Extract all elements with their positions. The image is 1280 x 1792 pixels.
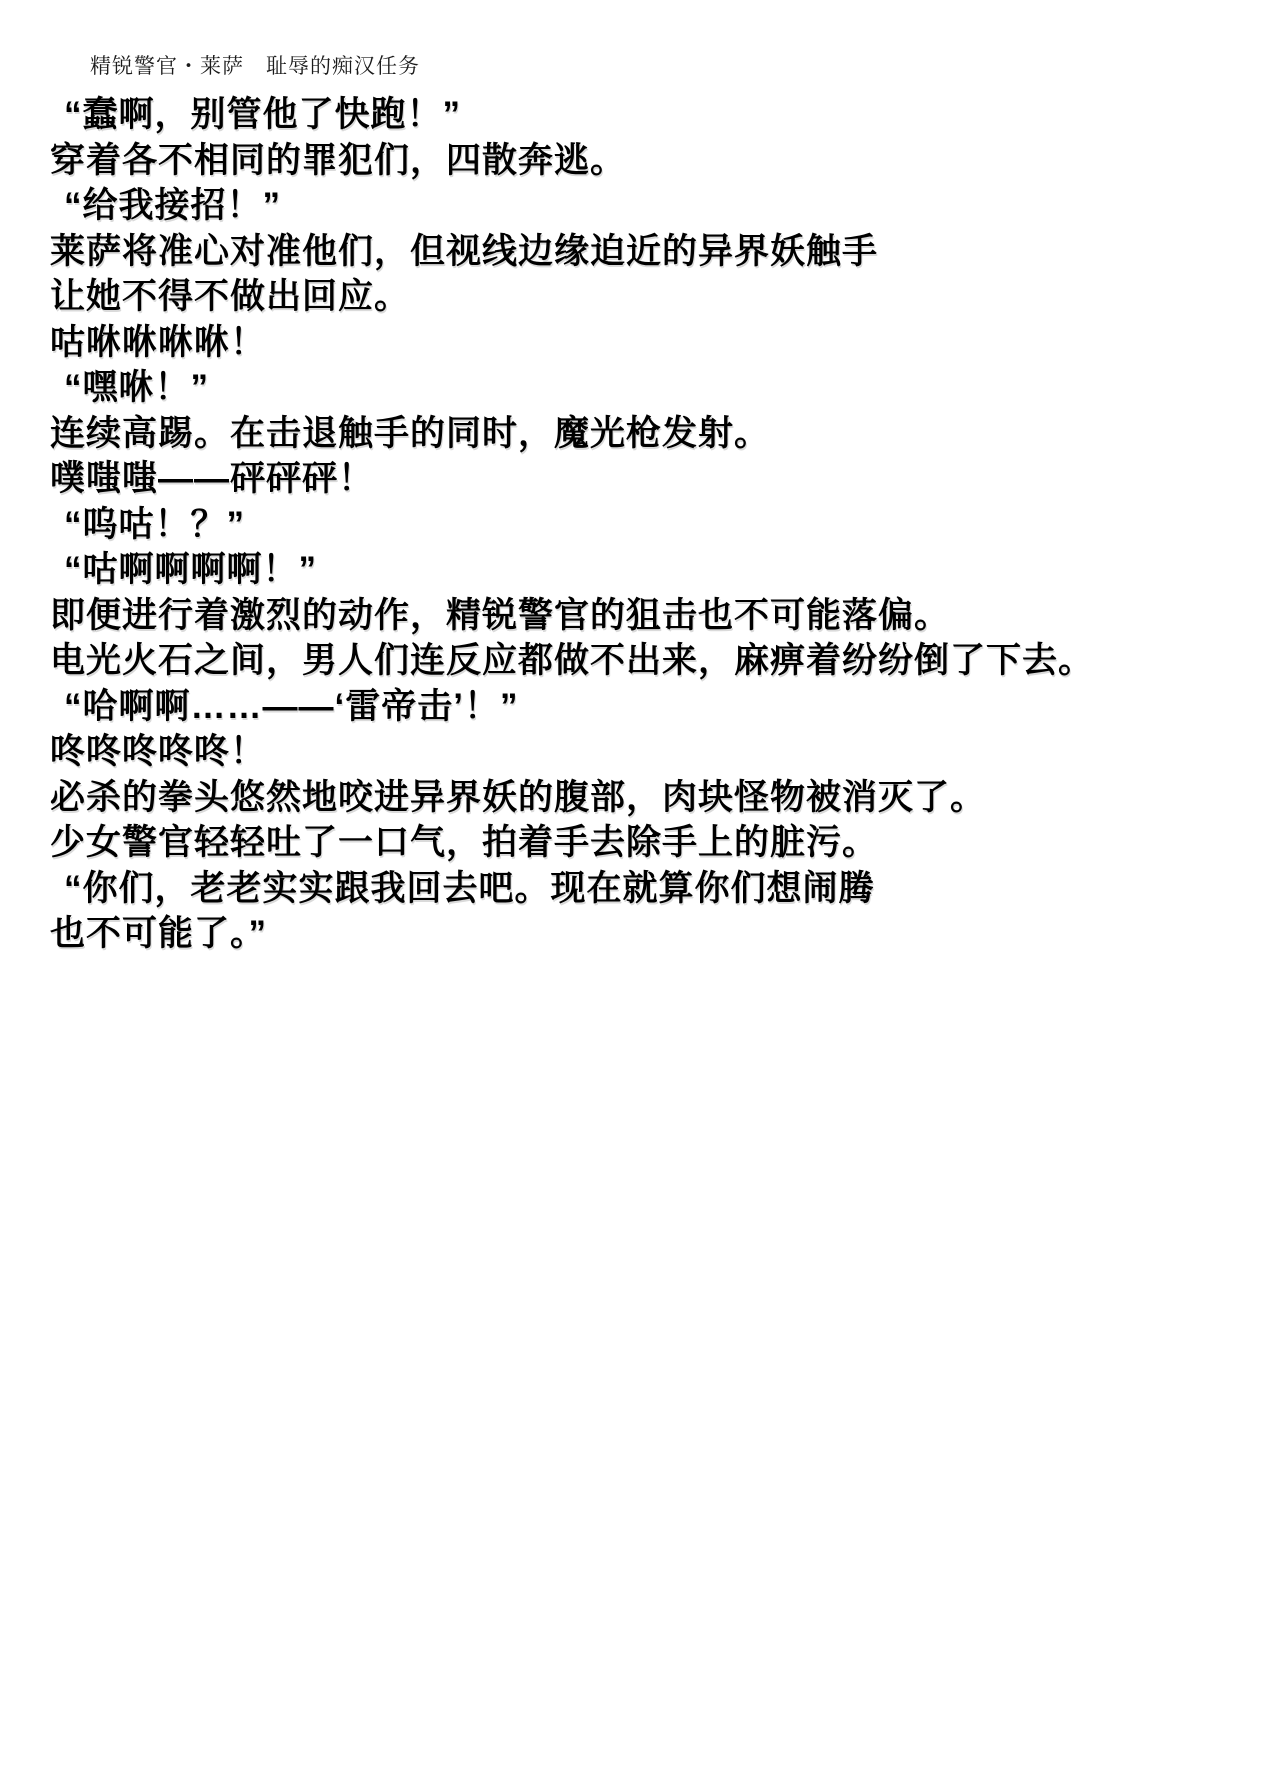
text-line: 咕咻咻咻咻！ xyxy=(50,320,1235,366)
text-line: 电光火石之间，男人们连反应都做不出来，麻痹着纷纷倒了下去。 xyxy=(50,638,1235,684)
text-line: 连续高踢。在击退触手的同时，魔光枪发射。 xyxy=(50,411,1235,457)
text-line: 让她不得不做出回应。 xyxy=(50,274,1235,320)
text-line: “给我接招！” xyxy=(50,183,1235,229)
text-line: 噗嗤嗤——砰砰砰！ xyxy=(50,456,1235,502)
text-line: “蠢啊，别管他了快跑！” xyxy=(50,92,1235,138)
text-line: 咚咚咚咚咚！ xyxy=(50,729,1235,775)
text-line: “哈啊啊……——‘雷帝击’！” xyxy=(50,684,1235,730)
text-line: “嘿咻！” xyxy=(50,365,1235,411)
text-line: 穿着各不相同的罪犯们，四散奔逃。 xyxy=(50,138,1235,184)
text-line: 少女警官轻轻吐了一口气，拍着手去除手上的脏污。 xyxy=(50,820,1235,866)
text-line: 即便进行着激烈的动作，精锐警官的狙击也不可能落偏。 xyxy=(50,593,1235,639)
page-header-title: 精锐警官・莱萨 耻辱的痴汉任务 xyxy=(90,50,420,80)
text-line: “咕啊啊啊啊！” xyxy=(50,547,1235,593)
text-line: 莱萨将准心对准他们，但视线边缘迫近的异界妖触手 xyxy=(50,229,1235,275)
body-text-block: “蠢啊，别管他了快跑！” 穿着各不相同的罪犯们，四散奔逃。 “给我接招！” 莱萨… xyxy=(50,92,1235,957)
text-line: 必杀的拳头悠然地咬进异界妖的腹部，肉块怪物被消灭了。 xyxy=(50,775,1235,821)
text-line: “呜咕！？” xyxy=(50,502,1235,548)
document-page: 精锐警官・莱萨 耻辱的痴汉任务 “蠢啊，别管他了快跑！” 穿着各不相同的罪犯们，… xyxy=(0,0,1280,1792)
text-line: 也不可能了。” xyxy=(50,911,1235,957)
text-line: “你们，老老实实跟我回去吧。现在就算你们想闹腾 xyxy=(50,866,1235,912)
